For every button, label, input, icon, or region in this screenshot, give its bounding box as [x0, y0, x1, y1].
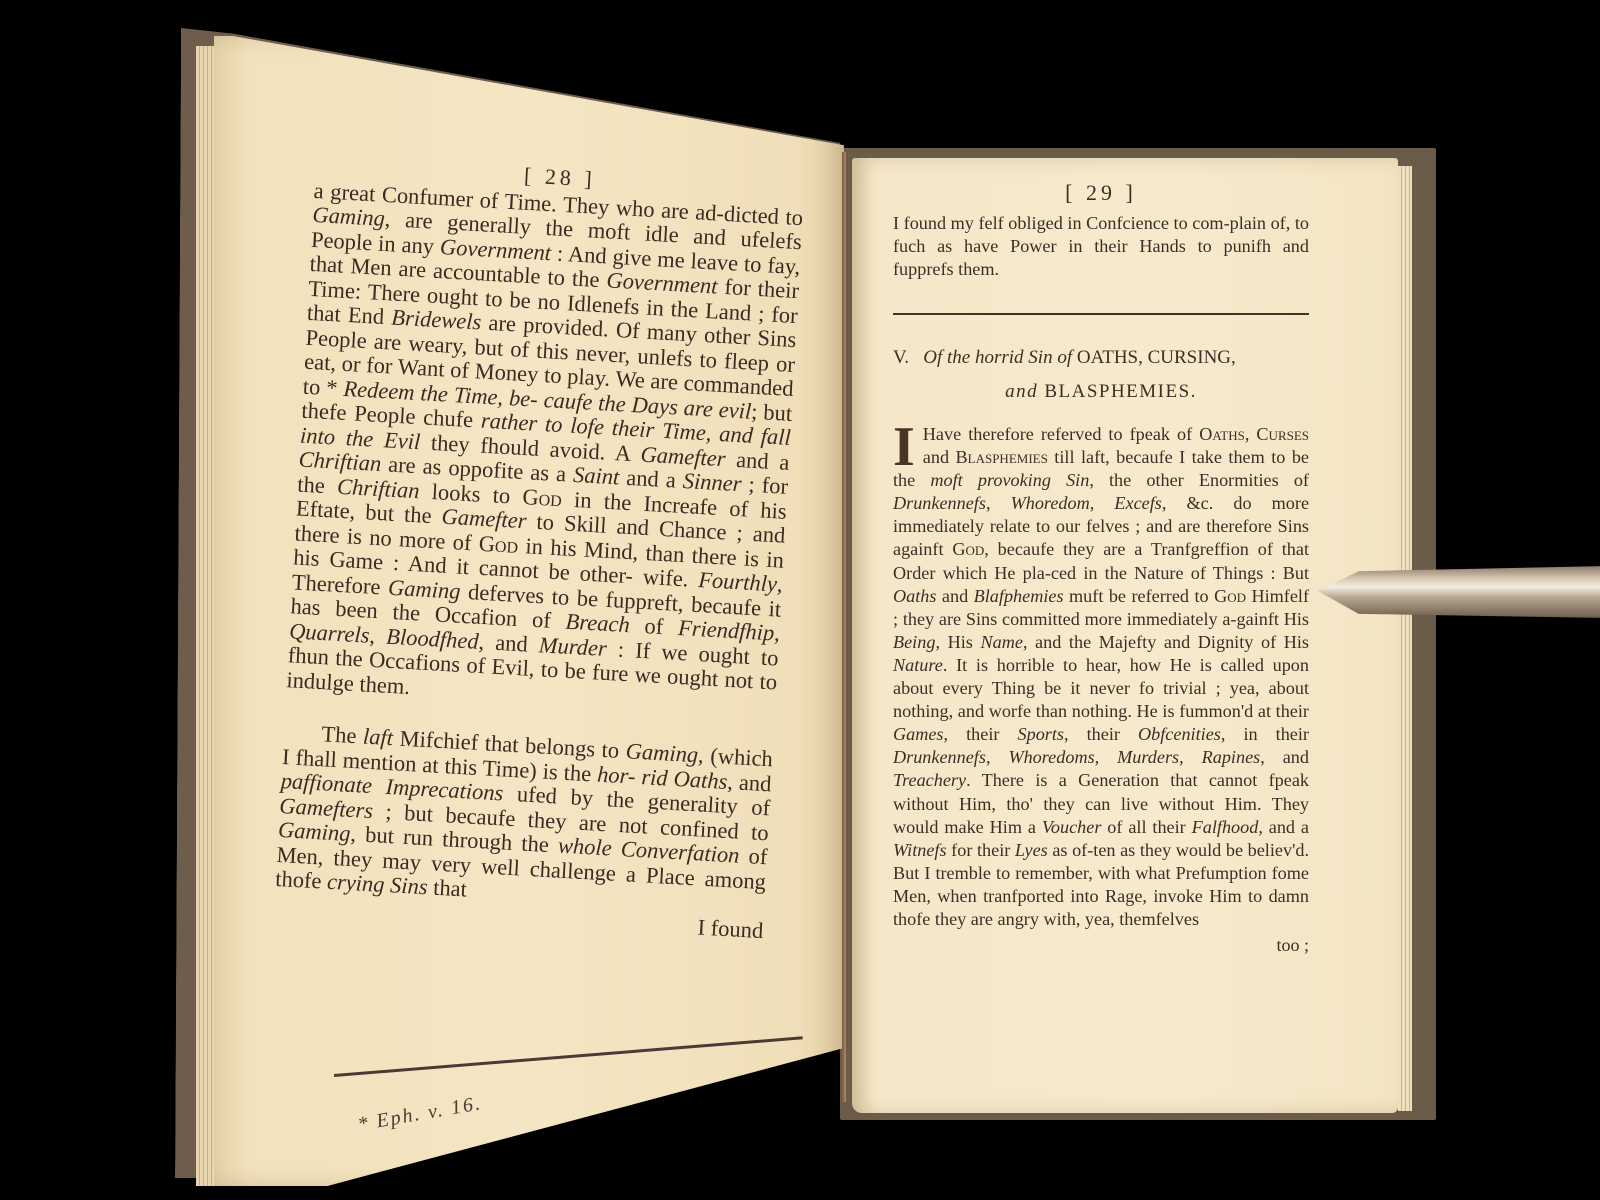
- section-heading: V. Of the horrid Sin of OATHS, CURSING, …: [893, 341, 1309, 409]
- book-gutter: [842, 152, 846, 1102]
- right-main-paragraph: I Have therefore referved to fpeak of Oa…: [893, 423, 1309, 931]
- page-edges-right: [1398, 166, 1412, 1111]
- heading-blasphemies: BLASPHEMIES.: [1044, 381, 1197, 402]
- right-page-text: [ 29 ] I found my felf obliged in Confci…: [893, 180, 1309, 956]
- metal-pointer: [1318, 566, 1600, 618]
- left-paragraph-2: The laft Mifchief that belongs to Gaming…: [275, 720, 774, 919]
- section-rule: [893, 313, 1309, 315]
- right-page-folio: [ 29 ]: [893, 180, 1309, 206]
- heading-number: V.: [893, 347, 909, 368]
- left-page-text: [ 28 ] a great Confumer of Time. They wh…: [273, 152, 805, 943]
- heading-and: and: [1005, 381, 1038, 402]
- right-opening-paragraph: I found my felf obliged in Confcience to…: [893, 212, 1309, 281]
- right-catchword: too ;: [893, 935, 1309, 956]
- drop-cap: I: [893, 425, 915, 469]
- right-paragraph-runs: Have therefore referved to fpeak of Oath…: [893, 424, 1309, 929]
- heading-italic: Of the horrid Sin of: [923, 347, 1072, 368]
- page-edges-left: [196, 46, 216, 1186]
- left-paragraph-1: a great Confumer of Time. They who are a…: [286, 178, 804, 719]
- heading-caps: OATHS, CURSING,: [1077, 347, 1236, 368]
